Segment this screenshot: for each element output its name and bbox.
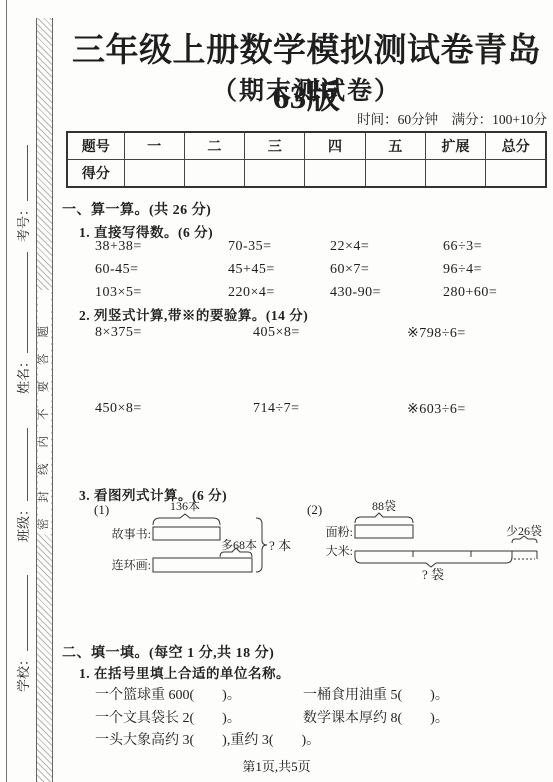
- column-calculation-grid: 8×375= 405×8= ※798÷6= 450×8= 714÷7= ※603…: [95, 325, 543, 477]
- diagram1-bar-storybooks: [153, 527, 220, 540]
- score-col-header: 总分: [486, 132, 546, 160]
- section2-heading: 二、填一填。(每空 1 分,共 18 分): [62, 642, 274, 662]
- expression: ※603÷6=: [407, 401, 543, 477]
- class-blank: [16, 428, 28, 501]
- seal-line-text: 密封线内不要答题: [38, 290, 51, 534]
- expression: 38+38=: [95, 239, 228, 262]
- score-col-header: 扩展: [425, 132, 485, 160]
- name-blank: [16, 252, 28, 353]
- diagram2-unit-label: 88袋: [372, 498, 396, 513]
- score-cell: [245, 160, 305, 188]
- expression: 66÷3=: [443, 239, 543, 262]
- expression: 70-35=: [228, 239, 330, 262]
- expression: 45+45=: [228, 262, 330, 285]
- diagram1-bar2-label: 连环画:: [112, 558, 151, 572]
- diagram2-bar1-label: 面粉:: [326, 524, 353, 539]
- expression: 96÷4=: [443, 262, 543, 285]
- expression: 430-90=: [330, 285, 443, 308]
- exam-number-field: 考号：: [12, 145, 32, 242]
- fill-item-elephant: 一头大象高约 3( ),重约 3( )。: [95, 729, 320, 749]
- diagram2-bar2-label: 大米:: [326, 543, 353, 558]
- expression: 714÷7=: [253, 401, 407, 477]
- diagram2-tag: (2): [307, 502, 322, 517]
- page-edge-line: [6, 0, 7, 782]
- score-cell: [305, 160, 365, 188]
- expression: ※798÷6=: [407, 325, 543, 401]
- section1-heading: 一、算一算。(共 26 分): [62, 199, 211, 219]
- diagram1-diff-label: 多68本: [221, 537, 257, 552]
- expression: 60×7=: [330, 262, 443, 285]
- name-field: 姓名：: [12, 252, 32, 394]
- score-table: 题号 一 二 三 四 五 扩展 总分 得分: [66, 131, 547, 188]
- score-table-header-row: 题号 一 二 三 四 五 扩展 总分: [67, 132, 546, 160]
- bar-diagram-1: (1) 136本 故事书: 多68本 连环画: ? 本: [88, 498, 293, 583]
- score-cell: [184, 160, 244, 188]
- score-col-header: 题号: [67, 132, 124, 160]
- expression: 22×4=: [330, 239, 443, 262]
- score-col-header: 三: [245, 132, 305, 160]
- score-col-header: 一: [124, 132, 184, 160]
- diagram1-question-label: ? 本: [269, 538, 291, 553]
- expression: 450×8=: [95, 401, 253, 477]
- section1-q2-heading: 2. 列竖式计算,带※的要验算。(14 分): [79, 304, 308, 324]
- score-col-header: 四: [305, 132, 365, 160]
- class-field: 班级：: [12, 428, 32, 542]
- fill-item-pencil-case: 一个文具袋长 2( )。: [95, 707, 241, 727]
- exam-number-label: 考号：: [13, 203, 32, 242]
- score-table-score-row: 得分: [67, 160, 546, 188]
- score-row-label: 得分: [67, 160, 124, 188]
- diagram2-bar-rice: [355, 551, 537, 559]
- section2-q1-heading: 1. 在括号里填上合适的单位名称。: [79, 662, 290, 682]
- score-cell: [365, 160, 425, 188]
- diagram1-total-label: 136本: [170, 498, 200, 513]
- diagram1-tag: (1): [94, 502, 109, 517]
- school-label: 学校：: [13, 653, 32, 692]
- school-field: 学校：: [12, 575, 32, 692]
- diagram1-top-brace: [153, 514, 220, 525]
- score-cell: [425, 160, 485, 188]
- bar-diagram-2: (2) 88袋 面粉: 少26袋 大米: ? 袋: [300, 498, 553, 585]
- page-subtitle: （期末测试卷）: [60, 71, 553, 107]
- fill-item-math-textbook: 数学课本厚约 8( )。: [303, 707, 449, 727]
- diagram1-bar1-label: 故事书:: [112, 526, 151, 541]
- page-number: 第1页,共5页: [0, 756, 553, 775]
- time-score-info: 时间：60分钟 满分：100+10分: [60, 108, 547, 128]
- school-blank: [16, 575, 28, 651]
- diagram2-top-brace: [355, 513, 413, 523]
- fill-item-cooking-oil: 一桶食用油重 5( )。: [303, 684, 449, 704]
- diagram2-question-label: ? 袋: [422, 567, 444, 582]
- expression: 8×375=: [95, 325, 253, 401]
- score-col-header: 二: [184, 132, 244, 160]
- diagram2-under-brace: [355, 557, 512, 567]
- section1-q1-heading: 1. 直接写得数。(6 分): [79, 221, 213, 241]
- expression: 405×8=: [253, 325, 407, 401]
- expression: 280+60=: [443, 285, 543, 308]
- exam-paper-page: 考号： 姓名： 班级： 学校： 密封线内不要答题 三年级上册数学模拟测试卷青岛6…: [0, 0, 553, 782]
- score-col-header: 五: [365, 132, 425, 160]
- direct-calculation-grid: 38+38= 70-35= 22×4= 66÷3= 60-45= 45+45= …: [95, 239, 543, 308]
- diagram1-right-brace: [256, 518, 267, 572]
- diagram1-bar-comics: [153, 558, 252, 572]
- diagram2-bar-flour: [355, 525, 413, 538]
- expression: 60-45=: [95, 262, 228, 285]
- fill-item-basketball: 一个篮球重 600( )。: [95, 684, 241, 704]
- score-cell: [124, 160, 184, 188]
- score-cell: [486, 160, 546, 188]
- name-label: 姓名：: [13, 355, 32, 394]
- class-label: 班级：: [13, 503, 32, 542]
- exam-number-blank: [16, 145, 28, 201]
